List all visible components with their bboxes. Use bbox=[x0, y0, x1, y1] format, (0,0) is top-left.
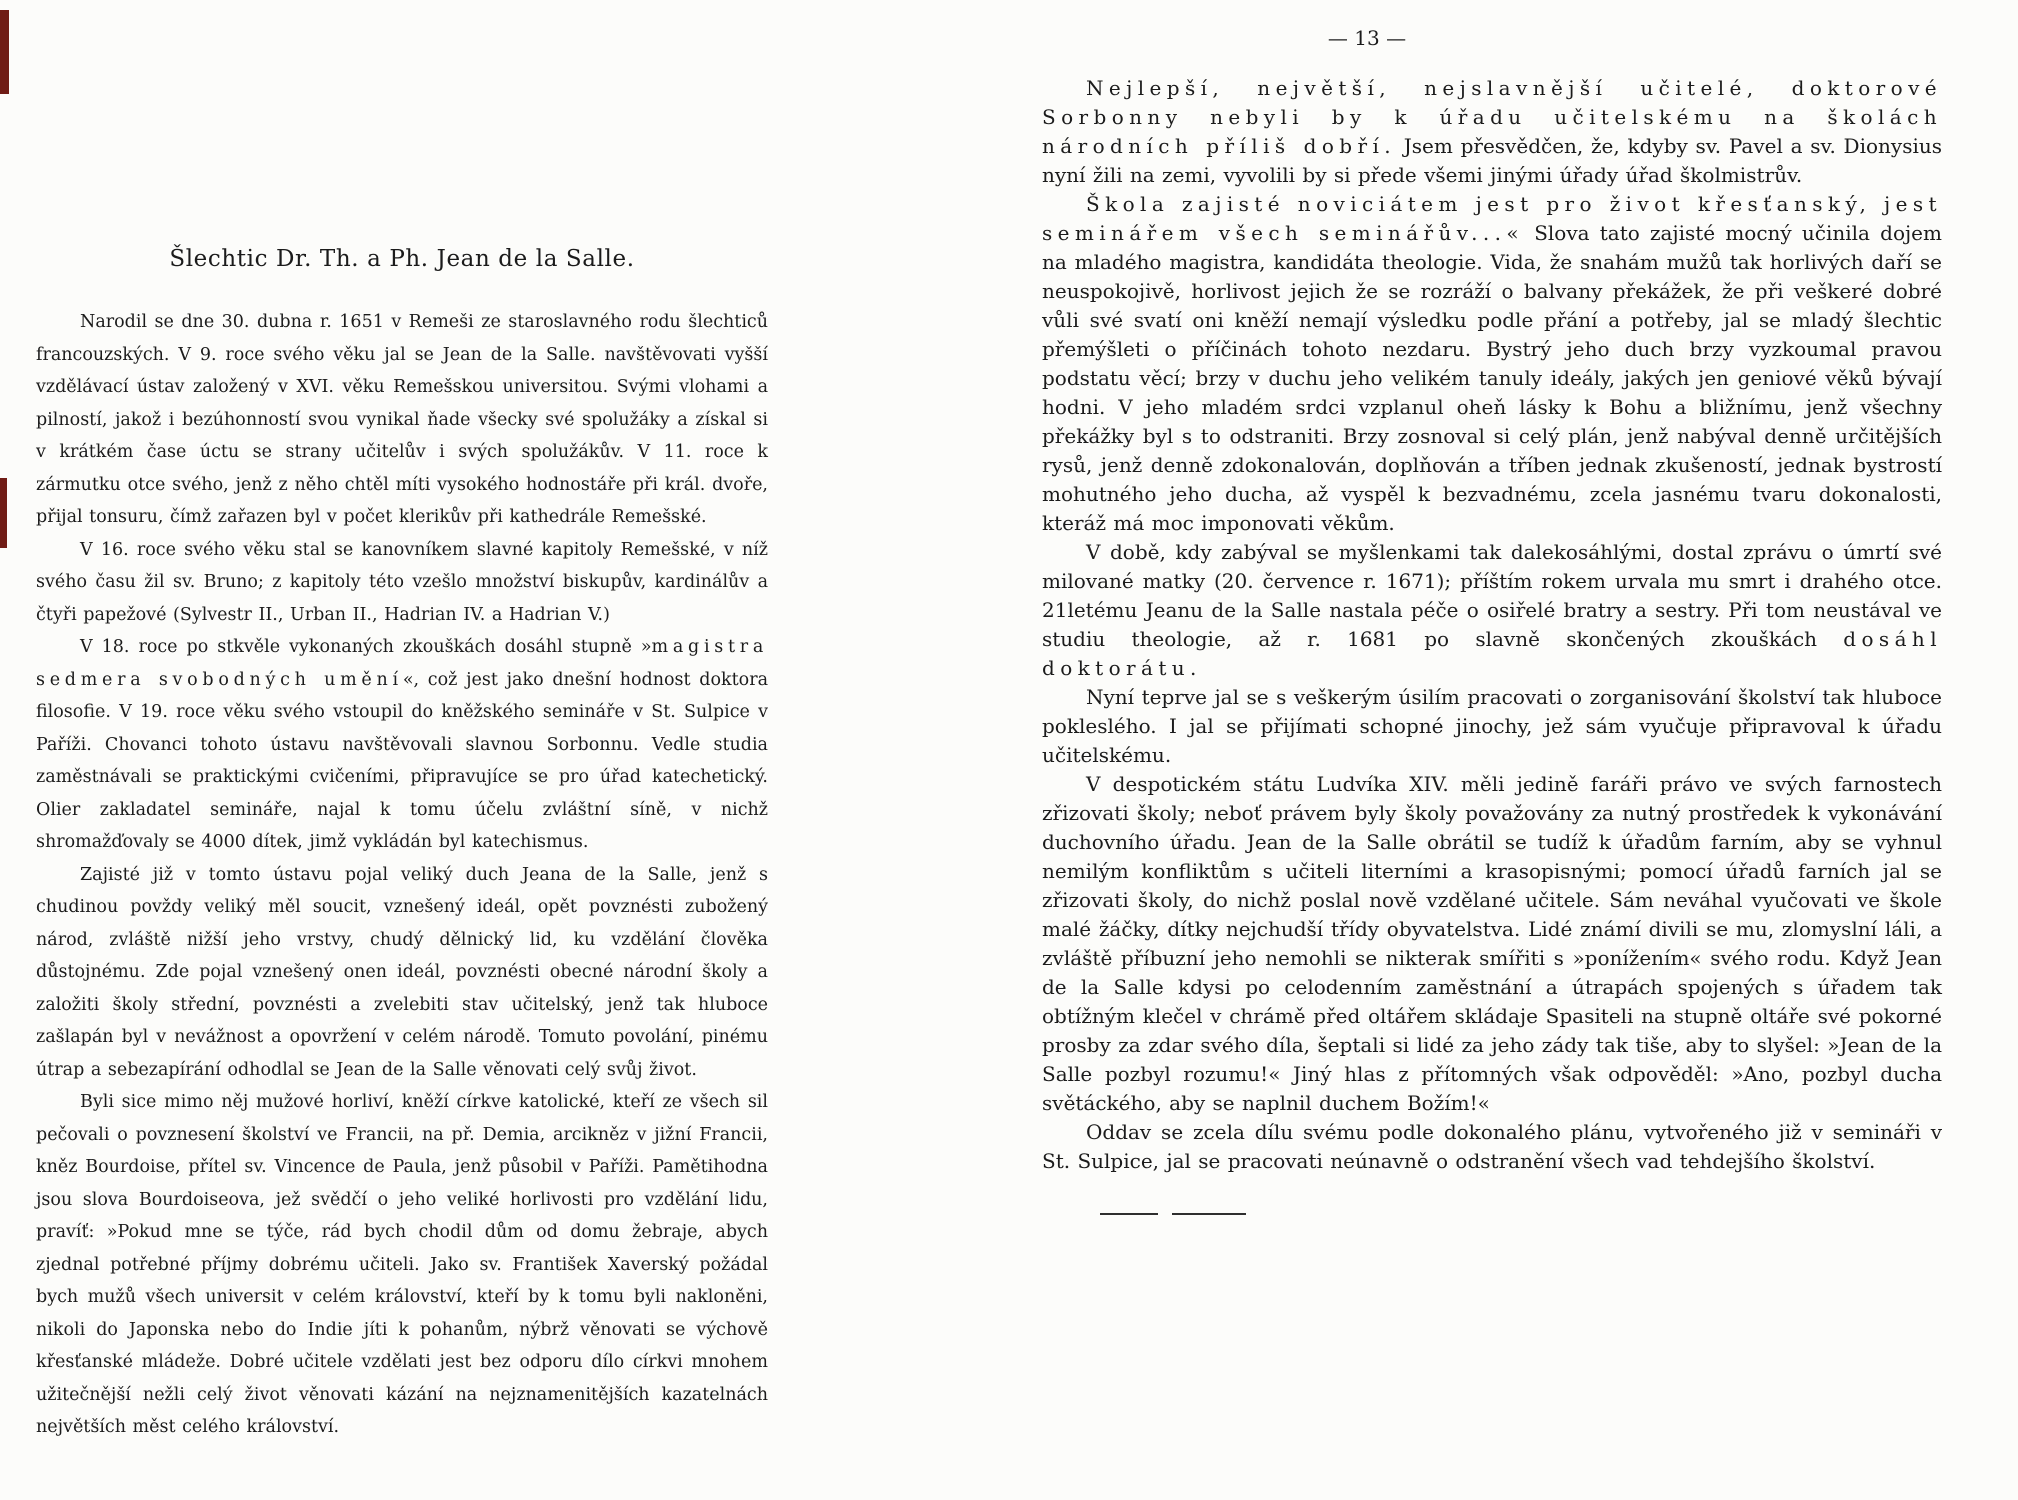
section-end-rule bbox=[1100, 1212, 1942, 1215]
text-run: Oddav se zcela dílu svému podle dokonalé… bbox=[1042, 1120, 1942, 1173]
text-run: V 18. roce po stkvěle vykonaných zkoušká… bbox=[80, 637, 652, 657]
paragraph: Oddav se zcela dílu svému podle dokonalé… bbox=[1042, 1118, 1942, 1176]
paragraph: V době, kdy zabýval se myšlenkami tak da… bbox=[1042, 538, 1942, 683]
text-run: Zajisté již v tomto ústavu pojal veliký … bbox=[36, 865, 768, 1080]
left-page: Šlechtic Dr. Th. a Ph. Jean de la Salle.… bbox=[36, 246, 768, 1444]
paragraph: Nyní teprve jal se s veškerým úsilím pra… bbox=[1042, 683, 1942, 770]
chapter-title: Šlechtic Dr. Th. a Ph. Jean de la Salle. bbox=[36, 246, 768, 272]
text-run: Narodil se dne 30. dubna r. 1651 v Remeš… bbox=[36, 312, 768, 527]
right-page-paragraphs: Nejlepší, největší, nejslavnější učitelé… bbox=[1042, 74, 1942, 1176]
page-number: — 13 — bbox=[1328, 26, 1406, 50]
paragraph: Nejlepší, největší, nejslavnější učitelé… bbox=[1042, 74, 1942, 190]
text-run: Slova tato zajisté mocný učinila dojem n… bbox=[1042, 221, 1942, 535]
paragraph: Byli sice mimo něj mužové horliví, kněží… bbox=[36, 1086, 768, 1444]
text-run: V době, kdy zabýval se myšlenkami tak da… bbox=[1042, 540, 1942, 651]
paragraph: Narodil se dne 30. dubna r. 1651 v Remeš… bbox=[36, 306, 768, 534]
scan-edge-mark-middle bbox=[0, 478, 7, 548]
paragraph: V despotickém státu Ludvíka XIV. měli je… bbox=[1042, 770, 1942, 1118]
scanned-book-spread: { "appearance": { "ink": "#1b1b1b", "pap… bbox=[0, 0, 2018, 1500]
scan-edge-mark-top bbox=[0, 10, 9, 94]
text-run: V despotickém státu Ludvíka XIV. měli je… bbox=[1042, 772, 1942, 1115]
right-page: — 13 — Nejlepší, největší, nejslavnější … bbox=[1042, 26, 1942, 1215]
paragraph: Škola zajisté noviciátem jest pro život … bbox=[1042, 190, 1942, 538]
paragraph: Zajisté již v tomto ústavu pojal veliký … bbox=[36, 859, 768, 1087]
paragraph: V 18. roce po stkvěle vykonaných zkoušká… bbox=[36, 631, 768, 859]
text-run: Nyní teprve jal se s veškerým úsilím pra… bbox=[1042, 685, 1942, 767]
text-run: Byli sice mimo něj mužové horliví, kněží… bbox=[36, 1092, 768, 1437]
left-page-paragraphs: Narodil se dne 30. dubna r. 1651 v Remeš… bbox=[36, 306, 768, 1444]
paragraph: V 16. roce svého věku stal se kanovníkem… bbox=[36, 534, 768, 632]
text-run: V 16. roce svého věku stal se kanovníkem… bbox=[36, 540, 768, 625]
text-run: «, což jest jako dnešní hodnost doktora … bbox=[36, 670, 768, 853]
rule-dash bbox=[1100, 1213, 1158, 1215]
page-number-row: — 13 — bbox=[1042, 26, 1942, 50]
rule-dash bbox=[1172, 1213, 1246, 1215]
